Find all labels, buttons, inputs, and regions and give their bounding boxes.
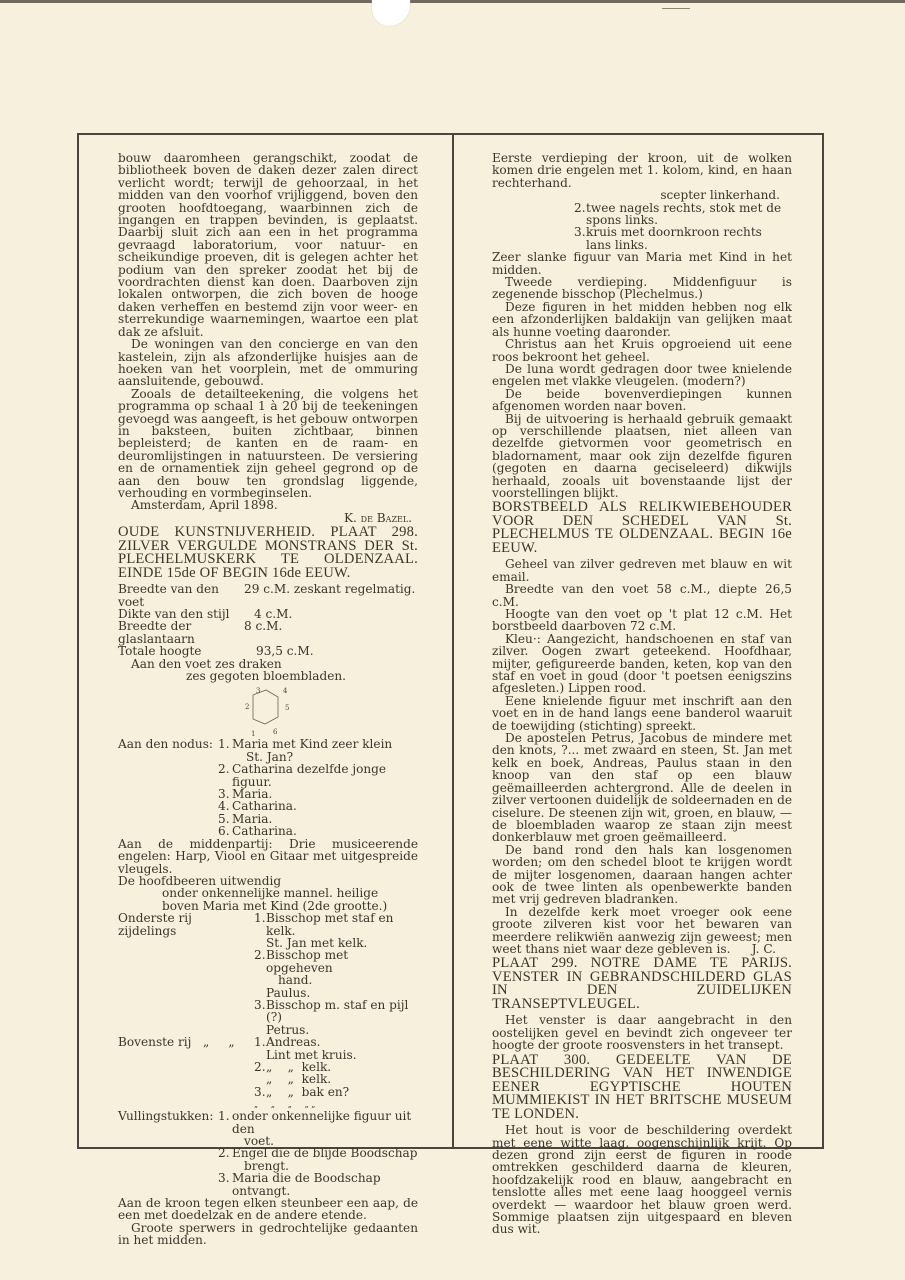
heading-plaat-299: PLAAT 299. NOTRE DAME TE PARIJS. VENSTER… <box>492 957 792 1011</box>
hex-label-2: 2 <box>245 703 249 711</box>
bovenste-list: Bovenste rij „ „1.Andreas. Lint met krui… <box>118 1036 418 1098</box>
paragraph-knielende: Eene knielende figuur met inschrift aan … <box>492 695 792 732</box>
list-item: Bovenste rij „ „1.Andreas. <box>118 1036 418 1048</box>
heading-plaat-298: OUDE KUNSTNIJVERHEID. PLAAT 298. ZILVER … <box>118 526 418 580</box>
vulling-list: Vullingstukken:1.onder onkennelijke figu… <box>118 1110 418 1197</box>
hex-label-6: 6 <box>273 728 278 736</box>
paragraph-geheel: Geheel van zilver gedreven met blauw en … <box>492 558 792 583</box>
paragraph-tweede: Tweede verdieping. Middenfiguur is zegen… <box>492 276 792 301</box>
right-column: Eerste verdieping der kroon, uit de wolk… <box>492 152 792 1236</box>
list-item: 4.Catharina. <box>118 800 418 812</box>
paragraph-woningen: De woningen van den concierge en van den… <box>118 338 418 388</box>
list-item: 3.Bisschop m. staf en pijl (?) <box>118 999 418 1024</box>
hex-label-5: 5 <box>285 704 289 712</box>
paper-tear <box>372 0 410 26</box>
hexagon-figure: 1 2 3 4 5 6 <box>228 684 308 738</box>
list-item-continuation: hand. <box>118 974 418 986</box>
specs-list: Breedte van den voet29 c.M. zeskant rege… <box>118 583 418 657</box>
paragraph-uitvoering: Bij de uitvoering is herhaald gebruik ge… <box>492 413 792 500</box>
paper-mark <box>662 8 690 9</box>
left-column: bouw daaromheen gerangschikt, zoodat de … <box>118 152 418 1247</box>
intro-paragraph: bouw daaromheen gerangschikt, zoodat de … <box>118 152 418 338</box>
list-item: 2.Catharina dezelfde jonge figuur. <box>118 763 418 788</box>
page-top-edge <box>0 0 905 3</box>
paragraph-sperwers: Groote sperwers in gedrochtelijke gedaan… <box>118 1222 418 1247</box>
paragraph-kroon: Aan de kroon tegen elken steunbeer een a… <box>118 1197 418 1222</box>
hex-label-1: 1 <box>251 730 255 738</box>
paragraph-beide: De beide bovenverdiepingen kunnen afgeno… <box>492 388 792 413</box>
spec-row: Totale hoogte93,5 c.M. <box>118 645 418 657</box>
onderste-list: Onderste rij zijdelings1.Bisschop met st… <box>118 912 418 1036</box>
list-item: 3.„ „ bak en? <box>118 1086 418 1098</box>
list-item: 2.Engel die de blijde Boodschap <box>118 1147 418 1159</box>
list-item: Onderste rij zijdelings1.Bisschop met st… <box>118 912 418 937</box>
hoofdbeeren-1: onder onkennelijke mannel. heilige <box>118 887 418 899</box>
list-item: 3.Maria die de Boodschap ontvangt. <box>118 1172 418 1197</box>
hexagon-diagram: 1 2 3 4 5 6 <box>118 682 418 738</box>
paragraph-hout: Het hout is voor de beschildering overde… <box>492 1124 792 1236</box>
dateline: Amsterdam, April 1898. <box>118 499 418 511</box>
paragraph-eerste-verdieping: Eerste verdieping der kroon, uit de wolk… <box>492 152 792 189</box>
heading-borstbeeld: BORSTBEELD ALS RELIKWIEBEHOUDER VOOR DEN… <box>492 501 792 555</box>
paragraph-breedte: Breedte van den voet 58 c.M., diepte 26,… <box>492 583 792 608</box>
list-item: 3.kruis met doornkroon rechts <box>492 226 792 238</box>
list-item: 6.Catharina. <box>118 825 418 837</box>
list-item-continuation: „ „ kelk. <box>118 1073 418 1085</box>
nodus-list: Aan den nodus:1.Maria met Kind zeer klei… <box>118 738 418 837</box>
list-item: 2.Bisschop met opgeheven <box>118 949 418 974</box>
list-item: Aan den nodus:1.Maria met Kind zeer klei… <box>118 738 418 750</box>
voet-line-2: zes gegoten bloembladen. <box>118 670 418 682</box>
paragraph-middenpartij: Aan de middenpartij: Drie musiceerende e… <box>118 838 418 875</box>
signature: K. de Bazel. <box>118 512 418 524</box>
paragraph-deze-figuren: Deze figuren in het midden hebben nog el… <box>492 301 792 338</box>
hex-label-3: 3 <box>256 687 260 695</box>
paragraph-zooals: Zooals de detailteekening, die volgens h… <box>118 388 418 500</box>
paragraph-luna: De luna wordt gedragen door twee knielen… <box>492 363 792 388</box>
paragraph-band: De band rond den hals kan losgenomen wor… <box>492 844 792 906</box>
paragraph-apostelen: De apostelen Petrus, Jacobus de mindere … <box>492 732 792 844</box>
paragraph-venster: Het venster is daar aangebracht in den o… <box>492 1014 792 1051</box>
paragraph-maria: Zeer slanke figuur van Maria met Kind in… <box>492 251 792 276</box>
spec-row: Breedte der glaslantaarn8 c.M. <box>118 620 418 645</box>
list-item: Vullingstukken:1.onder onkennelijke figu… <box>118 1110 418 1135</box>
scepter-line: scepter linkerhand. <box>492 189 792 201</box>
heading-plaat-300: PLAAT 300. GEDEELTE VAN DE BESCHILDERING… <box>492 1054 792 1122</box>
paragraph-christus: Christus aan het Kruis opgroeiend uit ee… <box>492 338 792 363</box>
hex-label-4: 4 <box>283 687 288 695</box>
paragraph-hoogte: Hoogte van den voet op 't plat 12 c.M. H… <box>492 608 792 633</box>
paragraph-kleur: Kleu·: Aangezicht, handschoenen en staf … <box>492 633 792 695</box>
spec-row: Breedte van den voet29 c.M. zeskant rege… <box>118 583 418 608</box>
column-divider <box>452 133 454 1149</box>
